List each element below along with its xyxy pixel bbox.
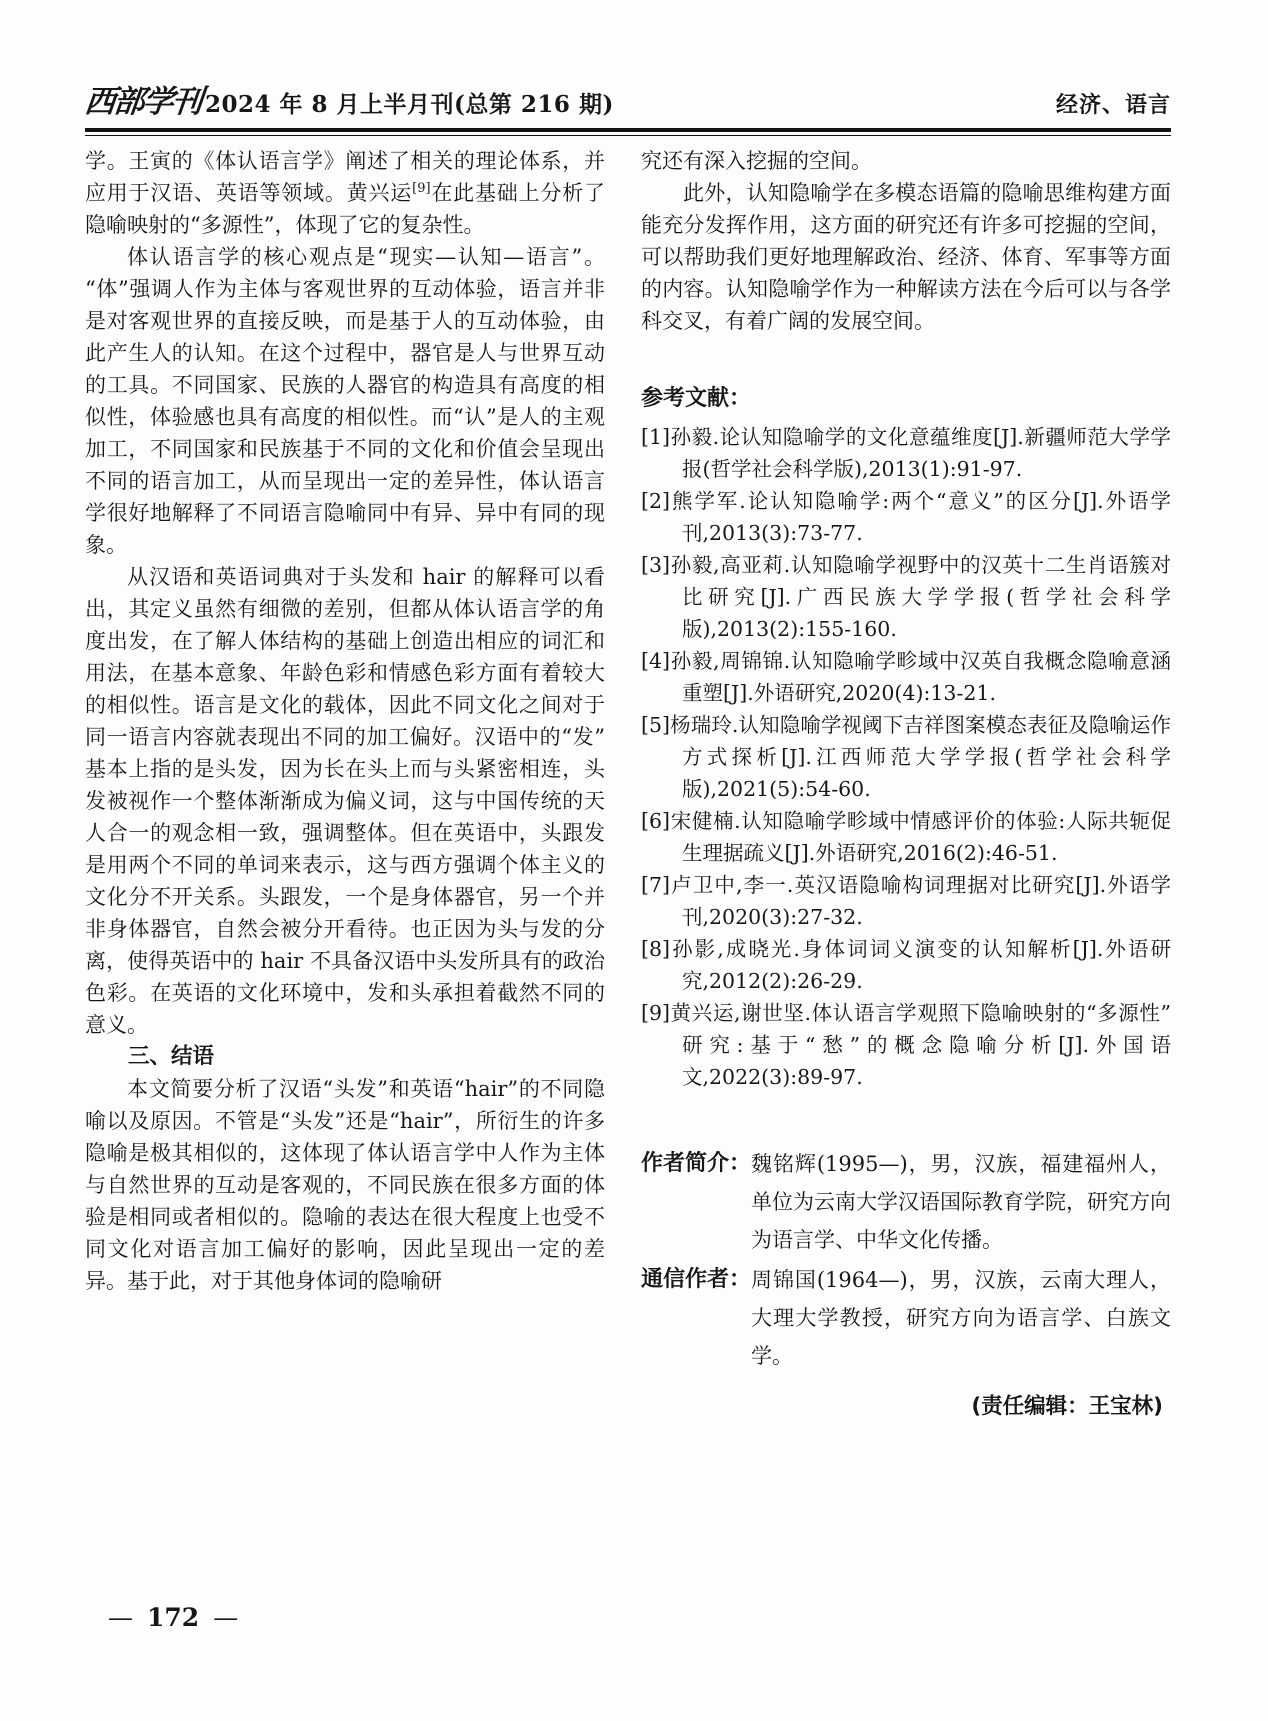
right-column: 究还有深入挖掘的空间。 此外，认知隐喻学在多模态语篇的隐喻思维构建方面能充分发挥… [641,145,1171,1423]
author-bio-text: 魏铭辉(1995—)，男，汉族，福建福州人，单位为云南大学汉语国际教育学院，研究… [751,1145,1171,1259]
paragraph-continued: 学。王寅的《体认语言学》阐述了相关的理论体系，并应用于汉语、英语等领域。黄兴运[… [85,145,605,241]
reference-text: 杨瑞玲.认知隐喻学视阈下吉祥图案模态表征及隐喻运作方式探析[J].江西师范大学学… [670,713,1171,801]
reference-item: [7]卢卫中,李一.英汉语隐喻构词理据对比研究[J].外语学刊,2020(3):… [641,869,1171,933]
reference-text: 孙毅,高亚莉.认知隐喻学视野中的汉英十二生肖语簇对比研究[J].广西民族大学学报… [670,553,1171,641]
page-header: 西部学刊 2024 年 8 月上半月刊(总第 216 期) 经济、语言 [85,76,1171,136]
author-bio: 作者简介： 魏铭辉(1995—)，男，汉族，福建福州人，单位为云南大学汉语国际教… [641,1145,1171,1259]
article-body: 学。王寅的《体认语言学》阐述了相关的理论体系，并应用于汉语、英语等领域。黄兴运[… [85,145,1171,1423]
reference-label: [9] [641,1001,670,1025]
references-list: [1]孙毅.论认知隐喻学的文化意蕴维度[J].新疆师范大学学报(哲学社会科学版)… [641,421,1171,1093]
reference-item: [8]孙影,成晓光.身体词词义演变的认知解析[J].外语研究,2012(2):2… [641,933,1171,997]
corresponding-author-text: 周锦国(1964—)，男，汉族，云南大理人，大理大学教授，研究方向为语言学、白族… [751,1261,1171,1375]
corresponding-author-label: 通信作者： [641,1261,751,1375]
reference-item: [5]杨瑞玲.认知隐喻学视阈下吉祥图案模态表征及隐喻运作方式探析[J].江西师范… [641,709,1171,805]
journal-page: 西部学刊 2024 年 8 月上半月刊(总第 216 期) 经济、语言 学。王寅… [0,0,1268,1721]
reference-label: [4] [641,649,670,673]
left-column: 学。王寅的《体认语言学》阐述了相关的理论体系，并应用于汉语、英语等领域。黄兴运[… [85,145,605,1423]
reference-item: [9]黄兴运,谢世坚.体认语言学观照下隐喻映射的“多源性”研究:基于“愁”的概念… [641,997,1171,1093]
reference-label: [7] [641,873,670,897]
reference-text: 熊学军.论认知隐喻学:两个“意义”的区分[J].外语学刊,2013(3):73-… [670,489,1171,545]
conclusion-heading: 三、结语 [85,1041,605,1073]
section-label: 经济、语言 [1056,88,1171,119]
corresponding-author: 通信作者： 周锦国(1964—)，男，汉族，云南大理人，大理大学教授，研究方向为… [641,1261,1171,1375]
footer-dash-right: — [213,1603,238,1632]
reference-label: [6] [641,809,670,833]
issue-info: 2024 年 8 月上半月刊(总第 216 期) [205,86,614,119]
reference-text: 孙影,成晓光.身体词词义演变的认知解析[J].外语研究,2012(2):26-2… [670,937,1171,993]
citation-superscript: [9] [412,181,430,196]
reference-label: [3] [641,553,670,577]
author-bio-label: 作者简介： [641,1145,751,1259]
reference-text: 孙毅,周锦锦.认知隐喻学畛域中汉英自我概念隐喻意涵重塑[J].外语研究,2020… [670,649,1171,705]
reference-label: [8] [641,937,670,961]
reference-label: [1] [641,425,670,449]
reference-label: [2] [641,489,670,513]
reference-item: [4]孙毅,周锦锦.认知隐喻学畛域中汉英自我概念隐喻意涵重塑[J].外语研究,2… [641,645,1171,709]
editor-note: (责任编辑：王宝林) [641,1391,1171,1423]
masthead: 西部学刊 2024 年 8 月上半月刊(总第 216 期) [85,76,614,121]
paragraph-core-view: 体认语言学的核心观点是“现实—认知—语言”。“体”强调人作为主体与客观世界的互动… [85,241,605,561]
reference-item: [1]孙毅.论认知隐喻学的文化意蕴维度[J].新疆师范大学学报(哲学社会科学版)… [641,421,1171,485]
paragraph-conclusion: 本文简要分析了汉语“头发”和英语“hair”的不同隐喻以及原因。不管是“头发”还… [85,1073,605,1297]
reference-item: [2]熊学军.论认知隐喻学:两个“意义”的区分[J].外语学刊,2013(3):… [641,485,1171,549]
paragraph-dictionary: 从汉语和英语词典对于头发和 hair 的解释可以看出，其定义虽然有细微的差别，但… [85,561,605,1041]
reference-item: [6]宋健楠.认知隐喻学畛域中情感评价的体验:人际共轭促生理据疏义[J].外语研… [641,805,1171,869]
reference-text: 卢卫中,李一.英汉语隐喻构词理据对比研究[J].外语学刊,2020(3):27-… [670,873,1171,929]
reference-item: [3]孙毅,高亚莉.认知隐喻学视野中的汉英十二生肖语簇对比研究[J].广西民族大… [641,549,1171,645]
reference-text: 孙毅.论认知隐喻学的文化意蕴维度[J].新疆师范大学学报(哲学社会科学版),20… [670,425,1171,481]
page-number: 172 [147,1603,199,1632]
footer-dash-left: — [108,1603,133,1632]
paragraph-outlook: 此外，认知隐喻学在多模态语篇的隐喻思维构建方面能充分发挥作用，这方面的研究还有许… [641,177,1171,337]
page-footer: — 172 — [108,1603,238,1632]
reference-label: [5] [641,713,670,737]
paragraph-continued: 究还有深入挖掘的空间。 [641,145,1171,177]
header-rule [85,128,1171,136]
reference-text: 宋健楠.认知隐喻学畛域中情感评价的体验:人际共轭促生理据疏义[J].外语研究,2… [670,809,1171,865]
reference-text: 黄兴运,谢世坚.体认语言学观照下隐喻映射的“多源性”研究:基于“愁”的概念隐喻分… [670,1001,1171,1089]
references-heading: 参考文献： [641,383,1171,415]
journal-logo: 西部学刊 [83,76,204,121]
